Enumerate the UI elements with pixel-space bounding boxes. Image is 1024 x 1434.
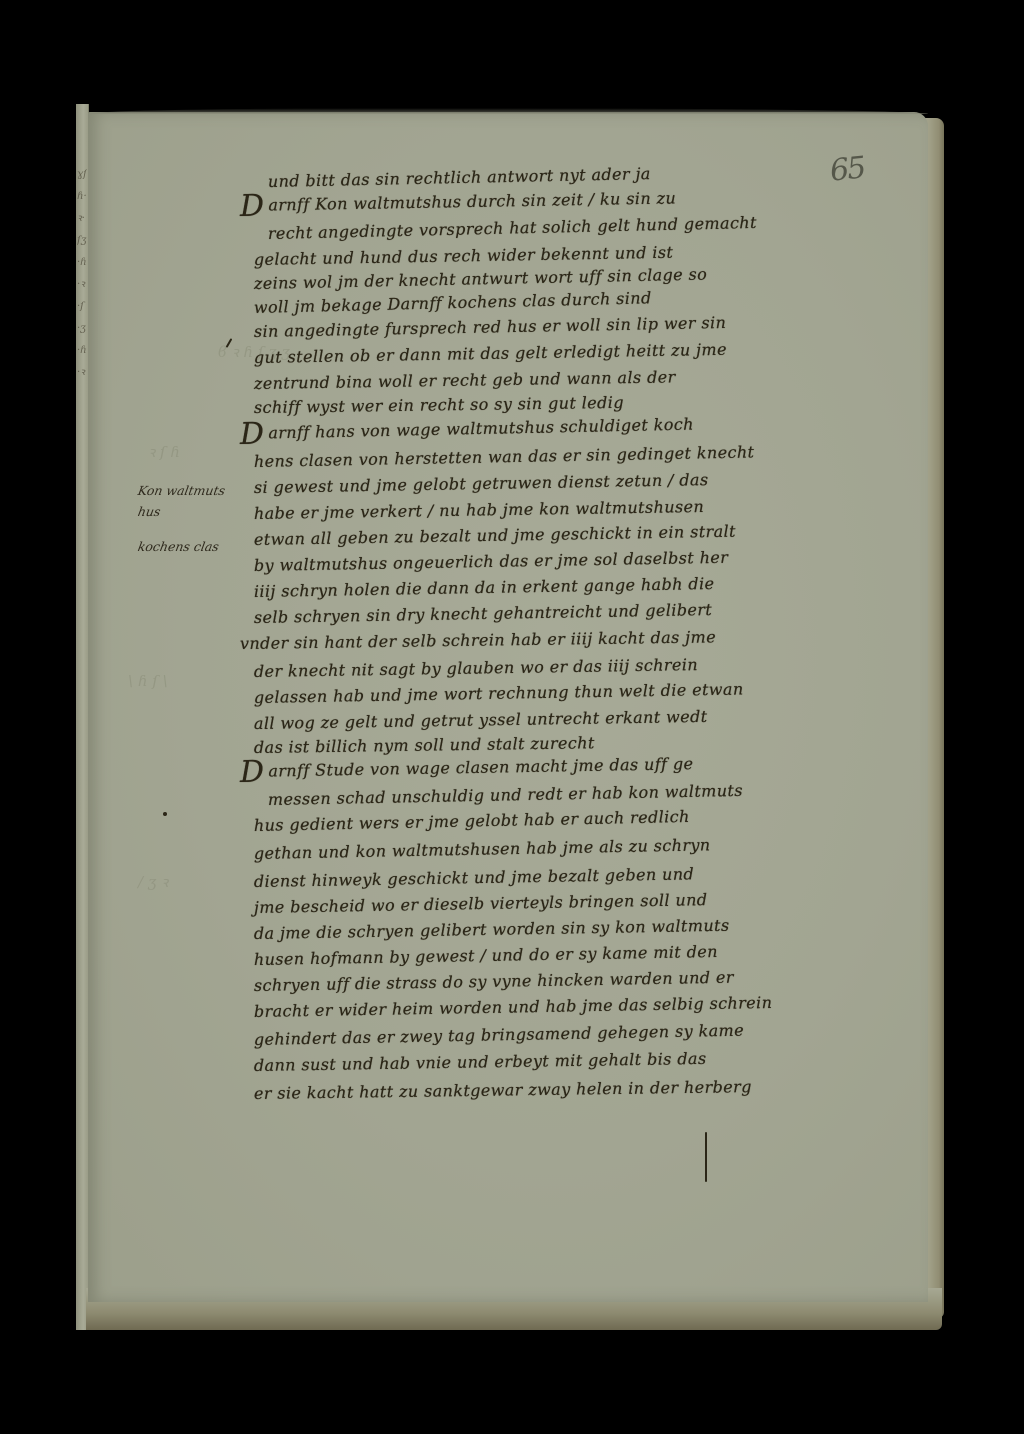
text-line: er sie kacht hatt zu sanktgewar zway hel… [254, 1077, 752, 1114]
ink-dot [163, 812, 167, 816]
show-through-text: \ ɦ ſ \ [128, 672, 168, 690]
scan-background: ɣſɦ·ꝛ·ſʒ·ɦ·ꝛ·ſ·ʒ·ɦ·ꝛ ϐ ꝛ ɦ ſ ʒ ʒ ꝛ ſ ɦ \… [0, 0, 1024, 1434]
facing-page-bleed: ɣſɦ·ꝛ·ſʒ·ɦ·ꝛ·ſ·ʒ·ɦ·ꝛ [77, 164, 87, 1314]
initial-capital: D [240, 755, 265, 790]
folio-number: 65 [828, 150, 866, 188]
page-top-edge [88, 108, 928, 114]
show-through-text: ꝛ ſ ɦ [148, 442, 180, 462]
initial-capital: D [240, 416, 265, 452]
manuscript-page: ϐ ꝛ ɦ ſ ʒ ʒ ꝛ ſ ɦ \ ɦ ſ \ / ʒ ꝛ 65 Kon w… [88, 112, 928, 1302]
descender-stroke [705, 1132, 707, 1182]
initial-capital: D [240, 189, 265, 224]
show-through-text: / ʒ ꝛ [138, 872, 168, 892]
